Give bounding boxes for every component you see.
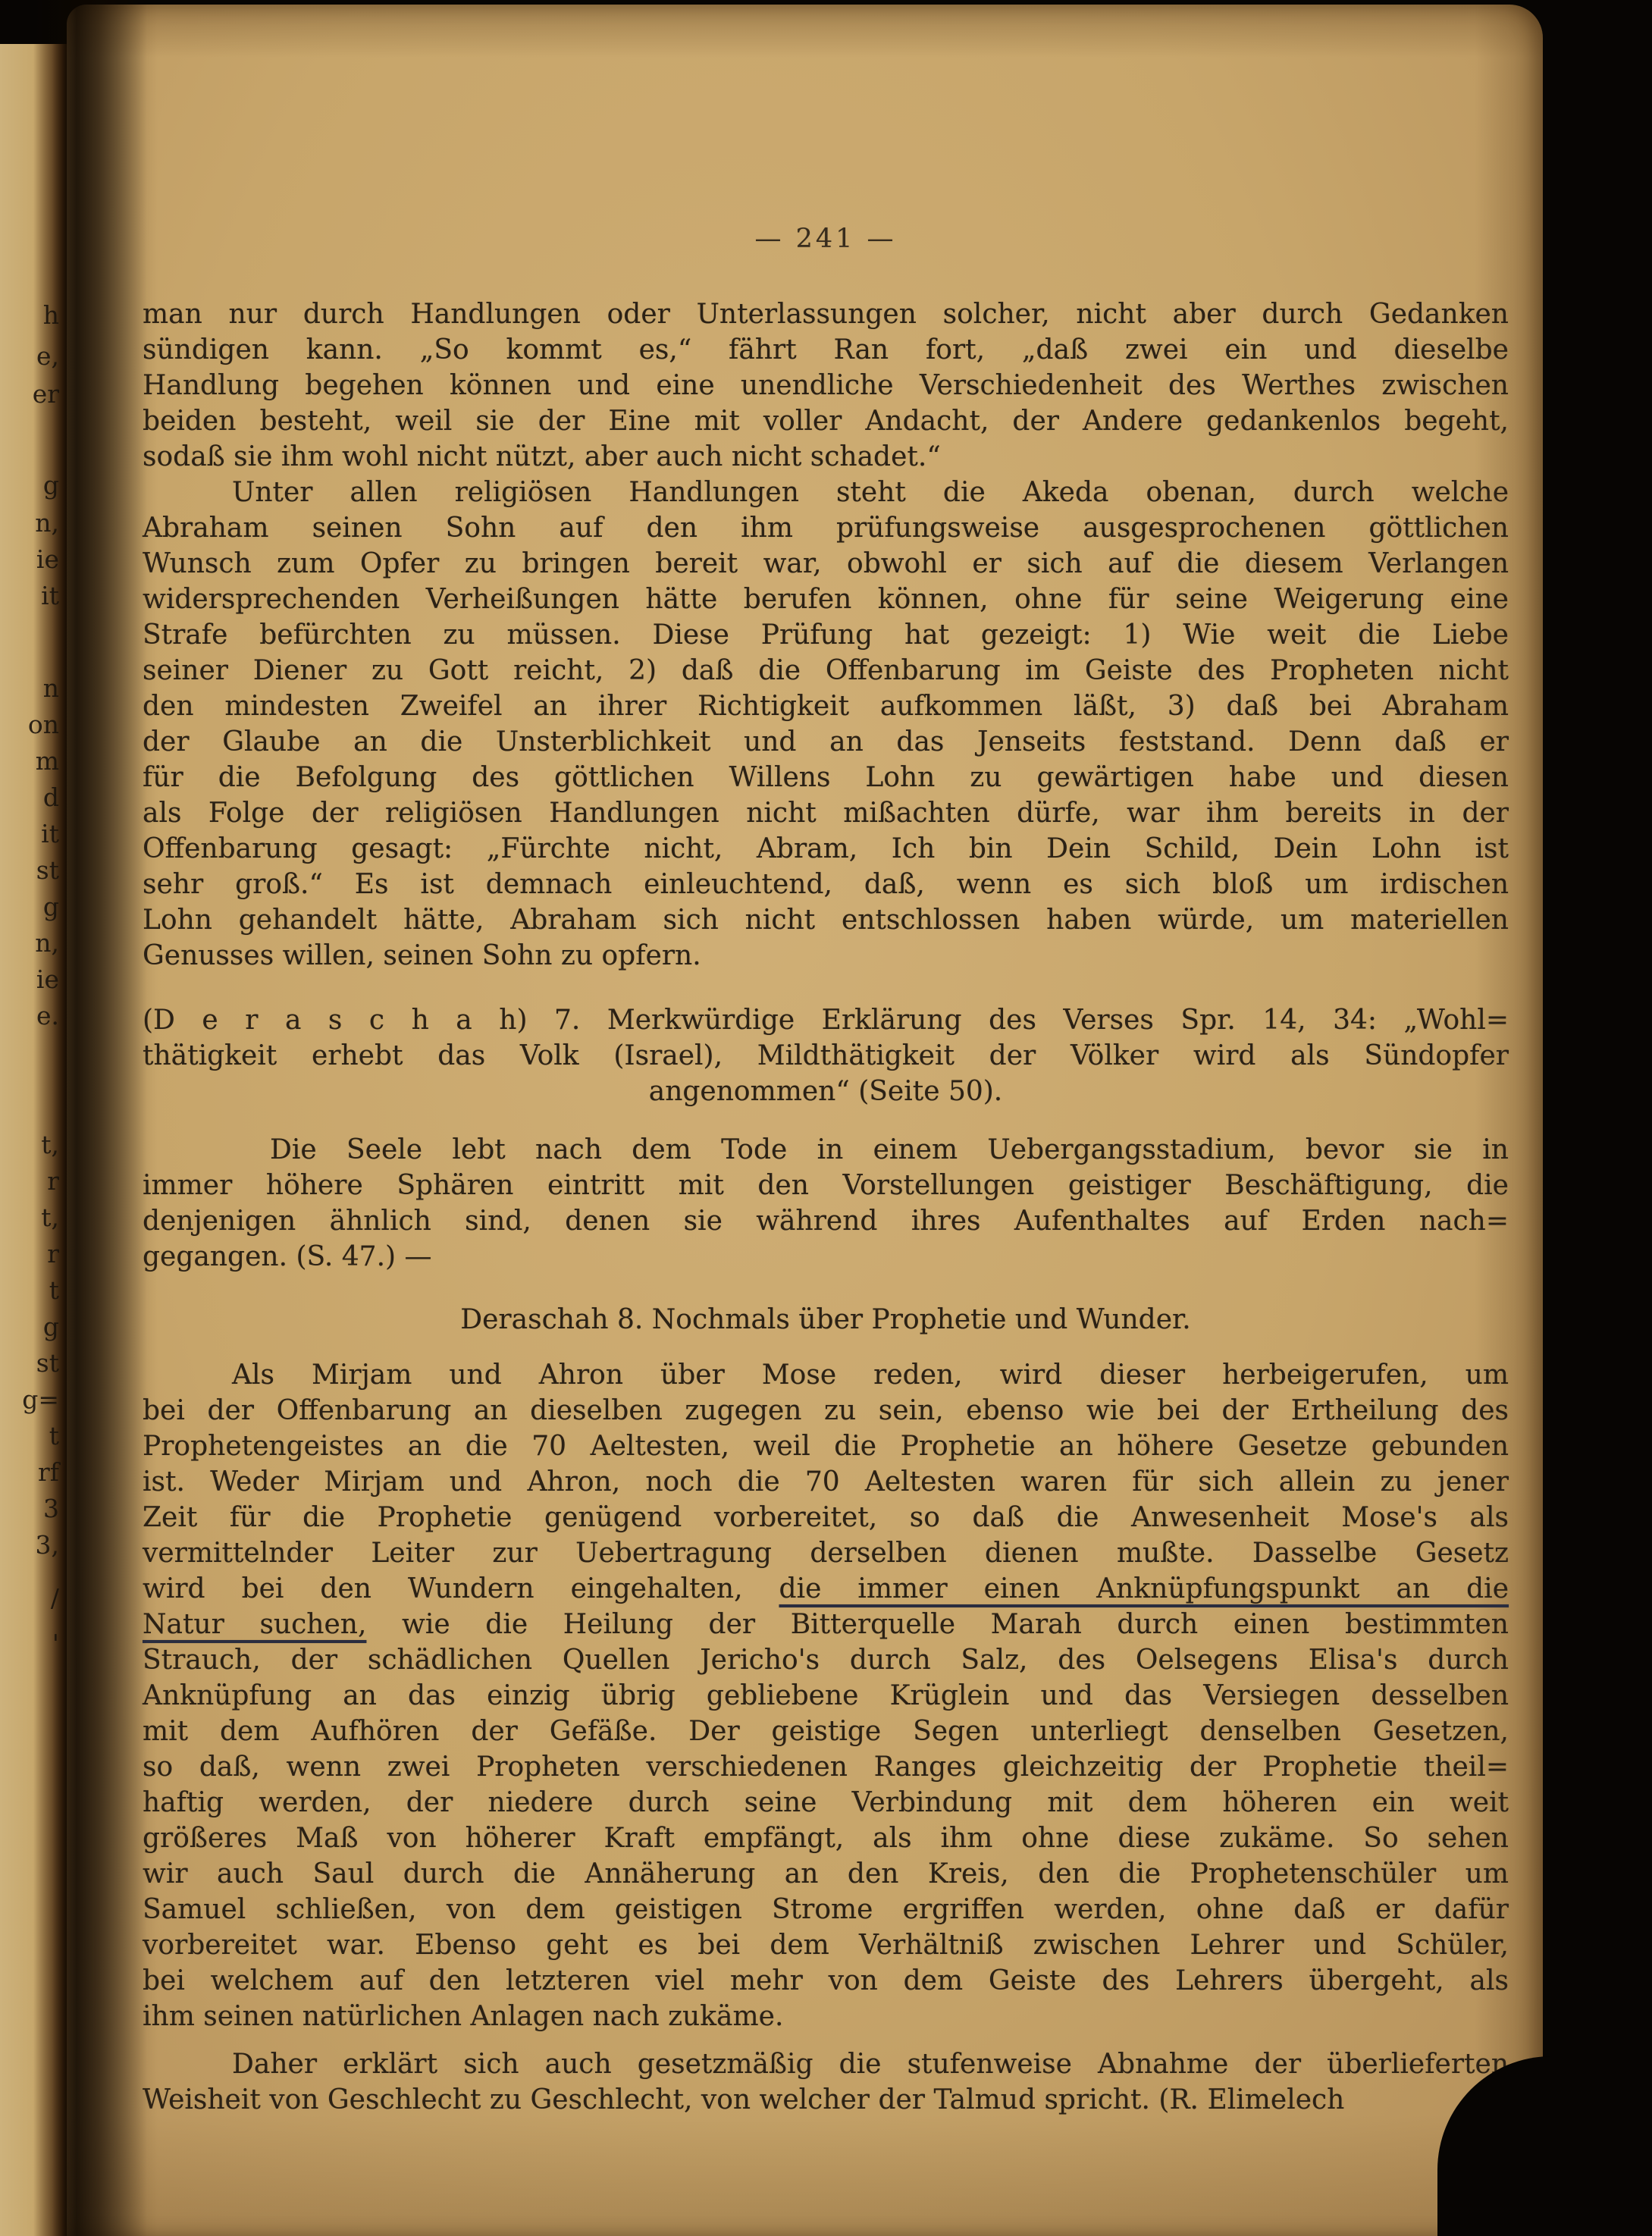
paragraph-continuation: man nur durch Handlungen oder Unterlassu… bbox=[143, 296, 1509, 475]
text-line: wird bei den Wundern eingehalten, die im… bbox=[143, 1571, 1509, 1607]
text-line: ist. Weder Mirjam und Ahron, noch die 70… bbox=[143, 1464, 1509, 1500]
text-line: Handlung begehen können und eine unendli… bbox=[143, 368, 1509, 403]
text-line: sodaß sie ihm wohl nicht nützt, aber auc… bbox=[143, 439, 1509, 475]
facing-page-text-fragment: t bbox=[49, 1275, 59, 1306]
facing-page-text-fragment: it bbox=[41, 581, 59, 611]
facing-page-text-fragment: m bbox=[36, 746, 59, 776]
facing-page-text-fragment: r bbox=[47, 1239, 59, 1269]
paragraph-abnahme-weisheit: Daher erklärt sich auch gesetzmäßig die … bbox=[143, 2046, 1509, 2118]
text-line: Lohn gehandelt hätte, Abraham sich nicht… bbox=[143, 902, 1509, 938]
book-page: — 241 — man nur durch Handlungen oder Un… bbox=[67, 5, 1543, 2236]
text-line: angenommen“ (Seite 50). bbox=[143, 1074, 1509, 1109]
text-line: Daher erklärt sich auch gesetzmäßig die … bbox=[143, 2046, 1509, 2082]
text-line: Unter allen religiösen Handlungen steht … bbox=[143, 475, 1509, 510]
text-line: mit dem Aufhören der Gefäße. Der geistig… bbox=[143, 1714, 1509, 1749]
text-line: thätigkeit erhebt das Volk (Israel), Mil… bbox=[143, 1038, 1509, 1074]
facing-page-text-fragment: g bbox=[43, 1312, 59, 1342]
facing-page-text-fragment: ' bbox=[52, 1629, 59, 1659]
facing-page-text-fragment: ie bbox=[36, 544, 59, 575]
facing-page-text-fragment: t, bbox=[41, 1203, 59, 1233]
paragraph-seele: Die Seele lebt nach dem Tode in einem Ue… bbox=[143, 1132, 1509, 1275]
facing-page-text-fragment: n, bbox=[35, 508, 59, 538]
text-line: Genusses willen, seinen Sohn zu opfern. bbox=[143, 938, 1509, 974]
text-line: ihm seinen natürlichen Anlagen nach zukä… bbox=[143, 1999, 1509, 2034]
text-line: (D e r a s c h a h) 7. Merkwürdige Erklä… bbox=[143, 1002, 1509, 1038]
text-line: Die Seele lebt nach dem Tode in einem Ue… bbox=[143, 1132, 1509, 1168]
text-line: man nur durch Handlungen oder Unterlassu… bbox=[143, 296, 1509, 332]
page-number: — 241 — bbox=[143, 221, 1509, 257]
facing-page-text-fragment: st bbox=[36, 1348, 59, 1378]
text-line: Offenbarung gesagt: „Fürchte nicht, Abra… bbox=[143, 831, 1509, 867]
text-line: sündigen kann. „So kommt es,“ fährt Ran … bbox=[143, 332, 1509, 368]
facing-page-text-fragment: it bbox=[41, 819, 59, 849]
facing-page-text-fragment: e. bbox=[36, 1001, 59, 1031]
text-line: widersprechenden Verheißungen hätte beru… bbox=[143, 582, 1509, 617]
facing-page-text-fragment: 3 bbox=[43, 1494, 59, 1524]
facing-page-text-fragment: ie bbox=[36, 964, 59, 995]
facing-page-text-fragment: g bbox=[43, 470, 59, 500]
text-line: Natur suchen, wie die Heilung der Bitter… bbox=[143, 1607, 1509, 1642]
text-line: bei der Offenbarung an dieselben zugegen… bbox=[143, 1393, 1509, 1428]
text-column: — 241 — man nur durch Handlungen oder Un… bbox=[143, 221, 1509, 2118]
book-scan: { "page": { "number_display": "— 241 —",… bbox=[0, 0, 1652, 2236]
text-line: Anknüpfung an das einzig übrig geblieben… bbox=[143, 1678, 1509, 1714]
facing-page-edge: he,ergn,ieitnonmditstgn,iee.t,rt,rtgstg=… bbox=[0, 44, 67, 2236]
text-line: bei welchem auf den letzteren viel mehr … bbox=[143, 1963, 1509, 1999]
facing-page-text-fragment: h bbox=[43, 300, 59, 331]
text-line: größeres Maß von höherer Kraft empfängt,… bbox=[143, 1820, 1509, 1856]
text-line: für die Befolgung des göttlichen Willens… bbox=[143, 760, 1509, 795]
paragraph-prophetie-wunder: Als Mirjam und Ahron über Mose reden, wi… bbox=[143, 1357, 1509, 2034]
text-line: Zeit für die Prophetie genügend vorberei… bbox=[143, 1500, 1509, 1535]
text-line: seiner Diener zu Gott reicht, 2) daß die… bbox=[143, 653, 1509, 688]
text-line: beiden besteht, weil sie der Eine mit vo… bbox=[143, 403, 1509, 439]
facing-page-text-fragment: n bbox=[43, 673, 59, 704]
text-line: Wunsch zum Opfer zu bringen bereit war, … bbox=[143, 546, 1509, 582]
text-line: so daß, wenn zwei Propheten verschiedene… bbox=[143, 1749, 1509, 1785]
section-heading-deraschah-8: Deraschah 8. Nochmals über Prophetie und… bbox=[143, 1302, 1509, 1338]
facing-page-text-fragment: d bbox=[43, 782, 59, 813]
ink-underlined-text: Natur suchen, bbox=[143, 1609, 366, 1640]
facing-page-text-fragment: e, bbox=[36, 341, 59, 372]
text-line: vorbereitet war. Ebenso geht es bei dem … bbox=[143, 1927, 1509, 1963]
facing-page-text-fragment: st bbox=[36, 855, 59, 886]
book-fore-edge bbox=[1540, 0, 1616, 2087]
text-line: gegangen. (S. 47.) — bbox=[143, 1239, 1509, 1275]
text-line: Strauch, der schädlichen Quellen Jericho… bbox=[143, 1642, 1509, 1678]
facing-page-text-fragment: g= bbox=[22, 1385, 59, 1415]
text-line: immer höhere Sphären eintritt mit den Vo… bbox=[143, 1168, 1509, 1203]
facing-page-text-fragment: t bbox=[49, 1421, 59, 1451]
text-line: haftig werden, der niedere durch seine V… bbox=[143, 1785, 1509, 1820]
facing-page-text-fragment: n, bbox=[35, 928, 59, 958]
text-line: vermittelnder Leiter zur Uebertragung de… bbox=[143, 1535, 1509, 1571]
text-line: Abraham seinen Sohn auf den ihm prüfungs… bbox=[143, 510, 1509, 546]
text-line: denjenigen ähnlich sind, denen sie währe… bbox=[143, 1203, 1509, 1239]
facing-page-text-fragment: 3, bbox=[36, 1530, 60, 1560]
facing-page-text-fragment: / bbox=[51, 1583, 59, 1613]
text-line: Weisheit von Geschlecht zu Geschlecht, v… bbox=[143, 2082, 1509, 2118]
text-line: der Glaube an die Unsterblichkeit und an… bbox=[143, 724, 1509, 760]
facing-page-text-fragment: er bbox=[33, 379, 59, 409]
ink-underlined-text: die immer einen Anknüpfungspunkt an die bbox=[779, 1573, 1509, 1604]
facing-page-text-fragment: t, bbox=[41, 1130, 59, 1160]
facing-page-text-fragment: r bbox=[47, 1166, 59, 1196]
text-line: Als Mirjam und Ahron über Mose reden, wi… bbox=[143, 1357, 1509, 1393]
text-line: wir auch Saul durch die Annäherung an de… bbox=[143, 1856, 1509, 1892]
text-line: den mindesten Zweifel an ihrer Richtigke… bbox=[143, 688, 1509, 724]
text-line: als Folge der religiösen Handlungen nich… bbox=[143, 795, 1509, 831]
text-line: Strafe befürchten zu müssen. Diese Prüfu… bbox=[143, 617, 1509, 653]
text-line: Prophetengeistes an die 70 Aeltesten, we… bbox=[143, 1428, 1509, 1464]
paragraph-akeda: Unter allen religiösen Handlungen steht … bbox=[143, 475, 1509, 974]
paragraph-deraschah-7: (D e r a s c h a h) 7. Merkwürdige Erklä… bbox=[143, 1002, 1509, 1109]
facing-page-text-fragment: g bbox=[43, 892, 59, 922]
text-line: Samuel schließen, von dem geistigen Stro… bbox=[143, 1892, 1509, 1927]
facing-page-text-fragment: rf bbox=[38, 1457, 59, 1488]
facing-page-text-fragment: on bbox=[28, 710, 59, 740]
text-line: sehr groß.“ Es ist demnach einleuchtend,… bbox=[143, 867, 1509, 902]
